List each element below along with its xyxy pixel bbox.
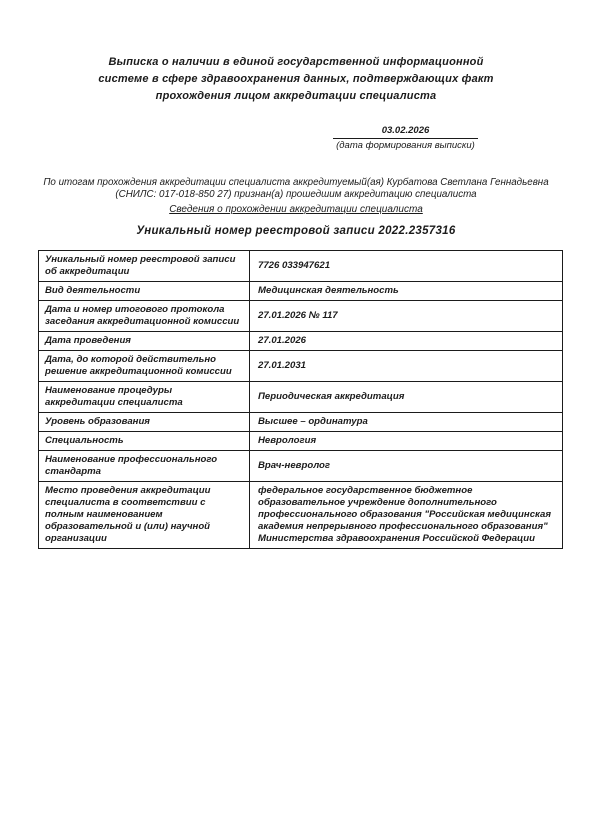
table-row: Уникальный номер реестровой записи об ак…	[39, 251, 563, 282]
row-value: Неврология	[250, 432, 563, 451]
row-value: Высшее – ординатура	[250, 413, 563, 432]
row-label: Специальность	[39, 432, 250, 451]
row-value: 27.01.2031	[250, 351, 563, 382]
table-row: Дата проведения27.01.2026	[39, 332, 563, 351]
extract-date-block: 03.02.2026 (дата формирования выписки)	[333, 125, 478, 152]
row-label: Дата, до которой действительно решение а…	[39, 351, 250, 382]
extract-date-caption: (дата формирования выписки)	[333, 139, 478, 152]
intro-paragraph: По итогам прохождения аккредитации специ…	[26, 177, 566, 202]
accreditation-table-body: Уникальный номер реестровой записи об ак…	[39, 251, 563, 549]
table-row: Наименование профессионального стандарта…	[39, 451, 563, 482]
row-value: Периодическая аккредитация	[250, 382, 563, 413]
table-row: Вид деятельностиМедицинская деятельность	[39, 282, 563, 301]
row-label: Наименование процедуры аккредитации спец…	[39, 382, 250, 413]
row-value: федеральное государственное бюджетное об…	[250, 482, 563, 549]
row-value: 27.01.2026	[250, 332, 563, 351]
document-title: Выписка о наличии в единой государственн…	[0, 54, 592, 105]
document-title-line: Выписка о наличии в единой государственн…	[0, 54, 592, 71]
row-value: Врач-невролог	[250, 451, 563, 482]
registry-number-line: Уникальный номер реестровой записи 2022.…	[0, 225, 592, 237]
document-title-line: прохождения лицом аккредитации специалис…	[0, 88, 592, 105]
row-label: Вид деятельности	[39, 282, 250, 301]
row-label: Дата проведения	[39, 332, 250, 351]
table-row: Наименование процедуры аккредитации спец…	[39, 382, 563, 413]
accreditation-table: Уникальный номер реестровой записи об ак…	[38, 250, 563, 549]
table-row: Место проведения аккредитации специалист…	[39, 482, 563, 549]
row-value: 27.01.2026 № 117	[250, 301, 563, 332]
row-label: Наименование профессионального стандарта	[39, 451, 250, 482]
row-label: Уникальный номер реестровой записи об ак…	[39, 251, 250, 282]
row-value: 7726 033947621	[250, 251, 563, 282]
table-row: Дата и номер итогового протокола заседан…	[39, 301, 563, 332]
section-heading: Сведения о прохождении аккредитации спец…	[0, 204, 592, 215]
table-row: Уровень образованияВысшее – ординатура	[39, 413, 563, 432]
row-label: Место проведения аккредитации специалист…	[39, 482, 250, 549]
table-row: Дата, до которой действительно решение а…	[39, 351, 563, 382]
row-value: Медицинская деятельность	[250, 282, 563, 301]
extract-date-value: 03.02.2026	[333, 125, 478, 139]
document-title-line: системе в сфере здравоохранения данных, …	[0, 71, 592, 88]
row-label: Уровень образования	[39, 413, 250, 432]
accreditation-extract-page: Выписка о наличии в единой государственн…	[0, 0, 592, 815]
row-label: Дата и номер итогового протокола заседан…	[39, 301, 250, 332]
table-row: СпециальностьНеврология	[39, 432, 563, 451]
